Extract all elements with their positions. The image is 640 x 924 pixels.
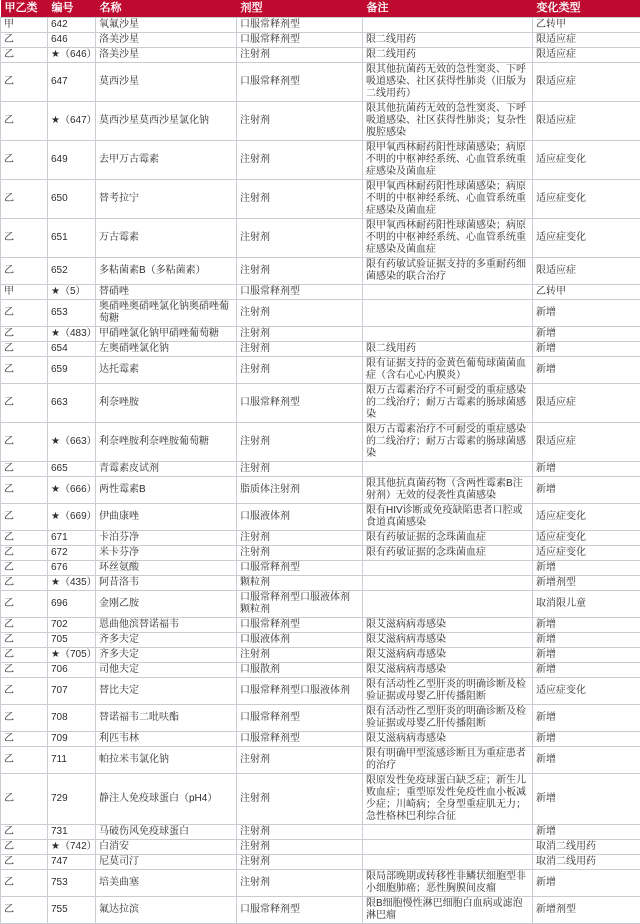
cell-note: 限艾滋病病毒感染: [363, 732, 533, 747]
cell-name: 司他夫定: [96, 663, 237, 678]
cell-form: 注射剂: [237, 48, 363, 63]
cell-form: 注射剂: [237, 219, 363, 258]
cell-number: 753: [48, 870, 96, 897]
cell-category: 乙: [1, 477, 48, 504]
cell-category: 乙: [1, 678, 48, 705]
cell-change: 新增: [533, 732, 640, 747]
cell-number: ★（435）: [48, 576, 96, 591]
cell-category: 乙: [1, 591, 48, 618]
table-row: 乙755氟达拉滨口服常释剂型限B细胞慢性淋巴细胞白血病或滤泡淋巴瘤新增剂型: [1, 897, 640, 924]
cell-change: 取消二线用药: [533, 840, 640, 855]
cell-change: 新增: [533, 747, 640, 774]
cell-change: 新增: [533, 825, 640, 840]
cell-number: 708: [48, 705, 96, 732]
cell-change: 适应症变化: [533, 546, 640, 561]
cell-number: 650: [48, 180, 96, 219]
cell-number: 647: [48, 63, 96, 102]
cell-name: 帕拉米韦氯化钠: [96, 747, 237, 774]
cell-note: 限其他抗菌药无效的急性窦炎、下呼吸道感染、社区获得性肺炎（旧版为二线用药）: [363, 63, 533, 102]
cell-category: 乙: [1, 63, 48, 102]
cell-form: 口服常释剂型: [237, 63, 363, 102]
table-row: 乙702恩曲他滨替诺福韦口服常释剂型限艾滋病病毒感染新增: [1, 618, 640, 633]
cell-category: 乙: [1, 825, 48, 840]
table-row: 乙652多粘菌素B（多粘菌素）注射剂限有药敏试验证据支持的多重耐药细菌感染的联合…: [1, 258, 640, 285]
cell-change: 适应症变化: [533, 180, 640, 219]
cell-note: 限二线用药: [363, 33, 533, 48]
cell-name: 环丝氨酸: [96, 561, 237, 576]
cell-category: 乙: [1, 774, 48, 825]
cell-note: 限二线用药: [363, 48, 533, 63]
table-row: 乙663利奈唑胺口服常释剂型限万古霉素治疗不可耐受的重症感染的二线治疗；耐万古霉…: [1, 384, 640, 423]
cell-name: 氧氟沙星: [96, 18, 237, 33]
cell-note: 限其他抗真菌药物（含两性霉素B注射剂）无效的侵袭性真菌感染: [363, 477, 533, 504]
cell-note: [363, 591, 533, 618]
table-row: 乙★（647）莫西沙星莫西沙星氯化钠注射剂限其他抗菌药无效的急性窦炎、下呼吸道感…: [1, 102, 640, 141]
cell-form: 口服液体剂: [237, 504, 363, 531]
cell-category: 乙: [1, 219, 48, 258]
cell-category: 乙: [1, 141, 48, 180]
table-row: 乙711帕拉米韦氯化钠注射剂限有明确甲型流感诊断且为重症患者的治疗新增: [1, 747, 640, 774]
table-row: 乙753培美曲塞注射剂限局部晚期或转移性非鳞状细胞型非小细胞肺癌；恶性胸膜间皮瘤…: [1, 870, 640, 897]
cell-category: 乙: [1, 300, 48, 327]
cell-form: 注射剂: [237, 258, 363, 285]
cell-change: 限适应症: [533, 384, 640, 423]
cell-category: 乙: [1, 384, 48, 423]
cell-note: 限万古霉素治疗不可耐受的重症感染的二线治疗；耐万古霉素的肠球菌感染: [363, 423, 533, 462]
table-row: 乙705齐多夫定口服液体剂限艾滋病病毒感染新增: [1, 633, 640, 648]
table-row: 乙649去甲万古霉素注射剂限甲氧西林耐药阳性球菌感染；病原不明的中枢神经系统、心…: [1, 141, 640, 180]
cell-change: 新增: [533, 462, 640, 477]
cell-name: 齐多夫定: [96, 633, 237, 648]
cell-number: 654: [48, 342, 96, 357]
cell-number: 707: [48, 678, 96, 705]
cell-category: 乙: [1, 747, 48, 774]
cell-name: 替硝唑: [96, 285, 237, 300]
table-row: 乙★（669）伊曲康唑口服液体剂限有HIV诊断或免疫缺陷患者口腔或食道真菌感染适…: [1, 504, 640, 531]
table-row: 乙665青霉素皮试剂注射剂新增: [1, 462, 640, 477]
cell-change: 适应症变化: [533, 531, 640, 546]
table-row: 乙696金刚乙胺口服常释剂型口服液体剂颗粒剂取消限儿童: [1, 591, 640, 618]
cell-change: 乙转甲: [533, 18, 640, 33]
cell-form: 口服常释剂型: [237, 285, 363, 300]
cell-name: 青霉素皮试剂: [96, 462, 237, 477]
cell-form: 注射剂: [237, 357, 363, 384]
cell-category: 乙: [1, 705, 48, 732]
cell-change: 新增: [533, 870, 640, 897]
cell-note: [363, 327, 533, 342]
table-row: 乙706司他夫定口服散剂限艾滋病病毒感染新增: [1, 663, 640, 678]
cell-change: 新增: [533, 774, 640, 825]
cell-category: 乙: [1, 180, 48, 219]
cell-number: 705: [48, 633, 96, 648]
cell-note: 限有明确甲型流感诊断且为重症患者的治疗: [363, 747, 533, 774]
table-row: 乙★（705）齐多夫定注射剂限艾滋病病毒感染新增: [1, 648, 640, 663]
cell-name: 去甲万古霉素: [96, 141, 237, 180]
cell-form: 注射剂: [237, 855, 363, 870]
cell-note: [363, 576, 533, 591]
cell-change: 取消二线用药: [533, 855, 640, 870]
cell-change: 限适应症: [533, 102, 640, 141]
cell-form: 注射剂: [237, 531, 363, 546]
table-row: 乙★（646）洛美沙星注射剂限二线用药限适应症: [1, 48, 640, 63]
cell-note: [363, 285, 533, 300]
cell-category: 甲: [1, 18, 48, 33]
column-header-category: 甲乙类: [1, 0, 48, 18]
table-row: 乙707替比夫定口服常释剂型口服液体剂限有活动性乙型肝炎的明确诊断及检验证据或母…: [1, 678, 640, 705]
table-row: 乙676环丝氨酸口服常释剂型新增: [1, 561, 640, 576]
cell-change: 新增剂型: [533, 897, 640, 924]
cell-number: 755: [48, 897, 96, 924]
cell-category: 乙: [1, 462, 48, 477]
cell-form: 注射剂: [237, 327, 363, 342]
cell-number: 711: [48, 747, 96, 774]
cell-name: 尼莫司汀: [96, 855, 237, 870]
cell-form: 口服散剂: [237, 663, 363, 678]
cell-change: 适应症变化: [533, 219, 640, 258]
cell-name: 齐多夫定: [96, 648, 237, 663]
cell-form: 注射剂: [237, 342, 363, 357]
cell-change: 限适应症: [533, 48, 640, 63]
column-header-number: 编号: [48, 0, 96, 18]
table-row: 乙709利匹韦林口服常释剂型限艾滋病病毒感染新增: [1, 732, 640, 747]
cell-change: 限适应症: [533, 63, 640, 102]
cell-note: 限局部晚期或转移性非鳞状细胞型非小细胞肺癌；恶性胸膜间皮瘤: [363, 870, 533, 897]
cell-name: 洛美沙星: [96, 33, 237, 48]
cell-category: 乙: [1, 258, 48, 285]
cell-category: 乙: [1, 648, 48, 663]
table-row: 乙646洛美沙星口服常释剂型限二线用药限适应症: [1, 33, 640, 48]
cell-number: 665: [48, 462, 96, 477]
table-row: 乙★（483）甲硝唑氯化钠甲硝唑葡萄糖注射剂新增: [1, 327, 640, 342]
cell-number: ★（647）: [48, 102, 96, 141]
cell-change: 乙转甲: [533, 285, 640, 300]
cell-note: 限其他抗菌药无效的急性窦炎、下呼吸道感染、社区获得性肺炎；复杂性腹腔感染: [363, 102, 533, 141]
cell-form: 注射剂: [237, 102, 363, 141]
cell-category: 乙: [1, 663, 48, 678]
cell-form: 注射剂: [237, 747, 363, 774]
cell-form: 口服常释剂型: [237, 732, 363, 747]
cell-note: [363, 825, 533, 840]
cell-number: 651: [48, 219, 96, 258]
cell-change: 适应症变化: [533, 141, 640, 180]
cell-number: 653: [48, 300, 96, 327]
table-body: 甲642氧氟沙星口服常释剂型乙转甲乙646洛美沙星口服常释剂型限二线用药限适应症…: [1, 18, 640, 924]
cell-change: 新增: [533, 477, 640, 504]
cell-note: 限甲氧西林耐药阳性球菌感染；病原不明的中枢神经系统、心血管系统重症感染及菌血症: [363, 219, 533, 258]
cell-category: 乙: [1, 531, 48, 546]
table-row: 乙708替诺福韦二吡呋酯口服常释剂型限有活动性乙型肝炎的明确诊断及检验证据或母婴…: [1, 705, 640, 732]
cell-number: 652: [48, 258, 96, 285]
cell-number: 671: [48, 531, 96, 546]
cell-note: 限有药敏证据的念珠菌血症: [363, 546, 533, 561]
cell-number: 729: [48, 774, 96, 825]
cell-change: 适应症变化: [533, 504, 640, 531]
cell-form: 注射剂: [237, 462, 363, 477]
cell-form: 口服常释剂型: [237, 384, 363, 423]
cell-number: 706: [48, 663, 96, 678]
cell-change: 新增: [533, 342, 640, 357]
cell-note: [363, 855, 533, 870]
cell-name: 左奥硝唑氯化钠: [96, 342, 237, 357]
cell-number: 747: [48, 855, 96, 870]
cell-note: 限万古霉素治疗不可耐受的重症感染的二线治疗；耐万古霉素的肠球菌感染: [363, 384, 533, 423]
cell-category: 甲: [1, 285, 48, 300]
cell-note: 限艾滋病病毒感染: [363, 648, 533, 663]
table-row: 乙★（435）阿昔洛韦颗粒剂新增剂型: [1, 576, 640, 591]
cell-note: [363, 18, 533, 33]
cell-name: 恩曲他滨替诺福韦: [96, 618, 237, 633]
cell-note: 限艾滋病病毒感染: [363, 618, 533, 633]
cell-category: 乙: [1, 840, 48, 855]
column-header-form: 剂型: [237, 0, 363, 18]
cell-name: 替考拉宁: [96, 180, 237, 219]
table-row: 乙672米卡芬净注射剂限有药敏证据的念珠菌血症适应症变化: [1, 546, 640, 561]
table-row: 乙731马破伤风免疫球蛋白注射剂新增: [1, 825, 640, 840]
cell-category: 乙: [1, 327, 48, 342]
cell-category: 乙: [1, 342, 48, 357]
cell-change: 新增: [533, 618, 640, 633]
cell-category: 乙: [1, 897, 48, 924]
cell-form: 注射剂: [237, 774, 363, 825]
cell-number: 731: [48, 825, 96, 840]
cell-number: 646: [48, 33, 96, 48]
cell-number: ★（5）: [48, 285, 96, 300]
cell-form: 注射剂: [237, 825, 363, 840]
cell-change: 新增: [533, 633, 640, 648]
cell-number: ★（646）: [48, 48, 96, 63]
table-row: 乙★（742）白消安注射剂取消二线用药: [1, 840, 640, 855]
cell-number: 642: [48, 18, 96, 33]
cell-category: 乙: [1, 870, 48, 897]
cell-number: ★（705）: [48, 648, 96, 663]
column-header-note: 备注: [363, 0, 533, 18]
cell-note: 限有证据支持的金黄色葡萄球菌菌血症（含右心心内膜炎）: [363, 357, 533, 384]
cell-note: [363, 462, 533, 477]
cell-category: 乙: [1, 855, 48, 870]
cell-form: 注射剂: [237, 300, 363, 327]
cell-name: 氟达拉滨: [96, 897, 237, 924]
cell-name: 马破伤风免疫球蛋白: [96, 825, 237, 840]
cell-name: 莫西沙星: [96, 63, 237, 102]
cell-note: [363, 300, 533, 327]
cell-name: 利奈唑胺利奈唑胺葡萄糖: [96, 423, 237, 462]
cell-number: 676: [48, 561, 96, 576]
cell-name: 洛美沙星: [96, 48, 237, 63]
cell-form: 口服常释剂型: [237, 618, 363, 633]
table-row: 甲★（5）替硝唑口服常释剂型乙转甲: [1, 285, 640, 300]
cell-form: 口服常释剂型: [237, 18, 363, 33]
cell-number: 702: [48, 618, 96, 633]
cell-number: ★（669）: [48, 504, 96, 531]
cell-change: 新增: [533, 648, 640, 663]
cell-form: 口服液体剂: [237, 633, 363, 648]
cell-number: 663: [48, 384, 96, 423]
cell-change: 取消限儿童: [533, 591, 640, 618]
cell-name: 甲硝唑氯化钠甲硝唑葡萄糖: [96, 327, 237, 342]
cell-category: 乙: [1, 423, 48, 462]
cell-name: 两性霉素B: [96, 477, 237, 504]
cell-change: 适应症变化: [533, 678, 640, 705]
cell-name: 阿昔洛韦: [96, 576, 237, 591]
cell-note: 限甲氧西林耐药阳性球菌感染；病原不明的中枢神经系统、心血管系统重症感染及菌血症: [363, 141, 533, 180]
cell-form: 注射剂: [237, 423, 363, 462]
cell-number: ★（666）: [48, 477, 96, 504]
cell-name: 达托霉素: [96, 357, 237, 384]
cell-form: 脂质体注射剂: [237, 477, 363, 504]
table-row: 乙651万古霉素注射剂限甲氧西林耐药阳性球菌感染；病原不明的中枢神经系统、心血管…: [1, 219, 640, 258]
cell-name: 万古霉素: [96, 219, 237, 258]
table-row: 乙659达托霉素注射剂限有证据支持的金黄色葡萄球菌菌血症（含右心心内膜炎）新增: [1, 357, 640, 384]
cell-category: 乙: [1, 633, 48, 648]
cell-note: 限原发性免疫球蛋白缺乏症；新生儿败血症；重型原发性免疫性血小板减少症；川崎病；全…: [363, 774, 533, 825]
cell-change: 新增: [533, 300, 640, 327]
column-header-change: 变化类型: [533, 0, 640, 18]
cell-number: 649: [48, 141, 96, 180]
cell-note: 限甲氧西林耐药阳性球菌感染；病原不明的中枢神经系统、心血管系统重症感染及菌血症: [363, 180, 533, 219]
table-row: 甲642氧氟沙星口服常释剂型乙转甲: [1, 18, 640, 33]
cell-form: 口服常释剂型: [237, 705, 363, 732]
table-row: 乙653奥硝唑奥硝唑氯化钠奥硝唑葡萄糖注射剂新增: [1, 300, 640, 327]
cell-form: 口服常释剂型: [237, 33, 363, 48]
cell-name: 伊曲康唑: [96, 504, 237, 531]
table-row: 乙647莫西沙星口服常释剂型限其他抗菌药无效的急性窦炎、下呼吸道感染、社区获得性…: [1, 63, 640, 102]
cell-change: 新增: [533, 327, 640, 342]
cell-form: 注射剂: [237, 840, 363, 855]
cell-name: 莫西沙星莫西沙星氯化钠: [96, 102, 237, 141]
cell-number: ★（663）: [48, 423, 96, 462]
cell-name: 利奈唑胺: [96, 384, 237, 423]
cell-category: 乙: [1, 618, 48, 633]
cell-note: [363, 561, 533, 576]
cell-number: 672: [48, 546, 96, 561]
cell-form: 注射剂: [237, 870, 363, 897]
table-row: 乙671卡泊芬净注射剂限有药敏证据的念珠菌血症适应症变化: [1, 531, 640, 546]
cell-name: 白消安: [96, 840, 237, 855]
cell-category: 乙: [1, 732, 48, 747]
cell-note: 限有药敏试验证据支持的多重耐药细菌感染的联合治疗: [363, 258, 533, 285]
cell-change: 新增: [533, 561, 640, 576]
cell-name: 替比夫定: [96, 678, 237, 705]
cell-number: 709: [48, 732, 96, 747]
cell-name: 多粘菌素B（多粘菌素）: [96, 258, 237, 285]
cell-note: 限二线用药: [363, 342, 533, 357]
cell-change: 新增: [533, 663, 640, 678]
cell-change: 限适应症: [533, 423, 640, 462]
cell-category: 乙: [1, 33, 48, 48]
cell-category: 乙: [1, 576, 48, 591]
cell-form: 口服常释剂型: [237, 897, 363, 924]
cell-name: 利匹韦林: [96, 732, 237, 747]
cell-form: 口服常释剂型口服液体剂颗粒剂: [237, 591, 363, 618]
cell-note: 限艾滋病病毒感染: [363, 633, 533, 648]
cell-form: 注射剂: [237, 546, 363, 561]
cell-form: 口服常释剂型口服液体剂: [237, 678, 363, 705]
cell-name: 卡泊芬净: [96, 531, 237, 546]
table-row: 乙650替考拉宁注射剂限甲氧西林耐药阳性球菌感染；病原不明的中枢神经系统、心血管…: [1, 180, 640, 219]
cell-number: 696: [48, 591, 96, 618]
table-row: 乙★（666）两性霉素B脂质体注射剂限其他抗真菌药物（含两性霉素B注射剂）无效的…: [1, 477, 640, 504]
cell-name: 金刚乙胺: [96, 591, 237, 618]
drug-catalog-table: 甲乙类 编号 名称 剂型 备注 变化类型 甲642氧氟沙星口服常释剂型乙转甲乙6…: [0, 0, 640, 924]
cell-name: 静注人免疫球蛋白（pH4）: [96, 774, 237, 825]
table-row: 乙747尼莫司汀注射剂取消二线用药: [1, 855, 640, 870]
cell-category: 乙: [1, 504, 48, 531]
cell-category: 乙: [1, 357, 48, 384]
cell-number: ★（742）: [48, 840, 96, 855]
cell-name: 奥硝唑奥硝唑氯化钠奥硝唑葡萄糖: [96, 300, 237, 327]
cell-note: 限有HIV诊断或免疫缺陷患者口腔或食道真菌感染: [363, 504, 533, 531]
cell-change: 新增: [533, 357, 640, 384]
cell-note: 限艾滋病病毒感染: [363, 663, 533, 678]
header-row: 甲乙类 编号 名称 剂型 备注 变化类型: [1, 0, 640, 18]
cell-form: 注射剂: [237, 180, 363, 219]
cell-form: 口服常释剂型: [237, 561, 363, 576]
cell-name: 培美曲塞: [96, 870, 237, 897]
cell-change: 新增: [533, 705, 640, 732]
cell-category: 乙: [1, 546, 48, 561]
cell-note: 限有药敏证据的念珠菌血症: [363, 531, 533, 546]
column-header-name: 名称: [96, 0, 237, 18]
cell-category: 乙: [1, 102, 48, 141]
table-row: 乙★（663）利奈唑胺利奈唑胺葡萄糖注射剂限万古霉素治疗不可耐受的重症感染的二线…: [1, 423, 640, 462]
table-row: 乙654左奥硝唑氯化钠注射剂限二线用药新增: [1, 342, 640, 357]
cell-name: 替诺福韦二吡呋酯: [96, 705, 237, 732]
cell-form: 注射剂: [237, 648, 363, 663]
cell-change: 限适应症: [533, 258, 640, 285]
cell-note: 限有活动性乙型肝炎的明确诊断及检验证据或母婴乙肝传播阻断: [363, 705, 533, 732]
cell-note: 限B细胞慢性淋巴细胞白血病或滤泡淋巴瘤: [363, 897, 533, 924]
cell-note: 限有活动性乙型肝炎的明确诊断及检验证据或母婴乙肝传播阻断: [363, 678, 533, 705]
cell-form: 颗粒剂: [237, 576, 363, 591]
cell-change: 新增剂型: [533, 576, 640, 591]
cell-note: [363, 840, 533, 855]
cell-number: 659: [48, 357, 96, 384]
cell-form: 注射剂: [237, 141, 363, 180]
cell-category: 乙: [1, 561, 48, 576]
cell-change: 限适应症: [533, 33, 640, 48]
cell-category: 乙: [1, 48, 48, 63]
cell-number: ★（483）: [48, 327, 96, 342]
cell-name: 米卡芬净: [96, 546, 237, 561]
table-row: 乙729静注人免疫球蛋白（pH4）注射剂限原发性免疫球蛋白缺乏症；新生儿败血症；…: [1, 774, 640, 825]
